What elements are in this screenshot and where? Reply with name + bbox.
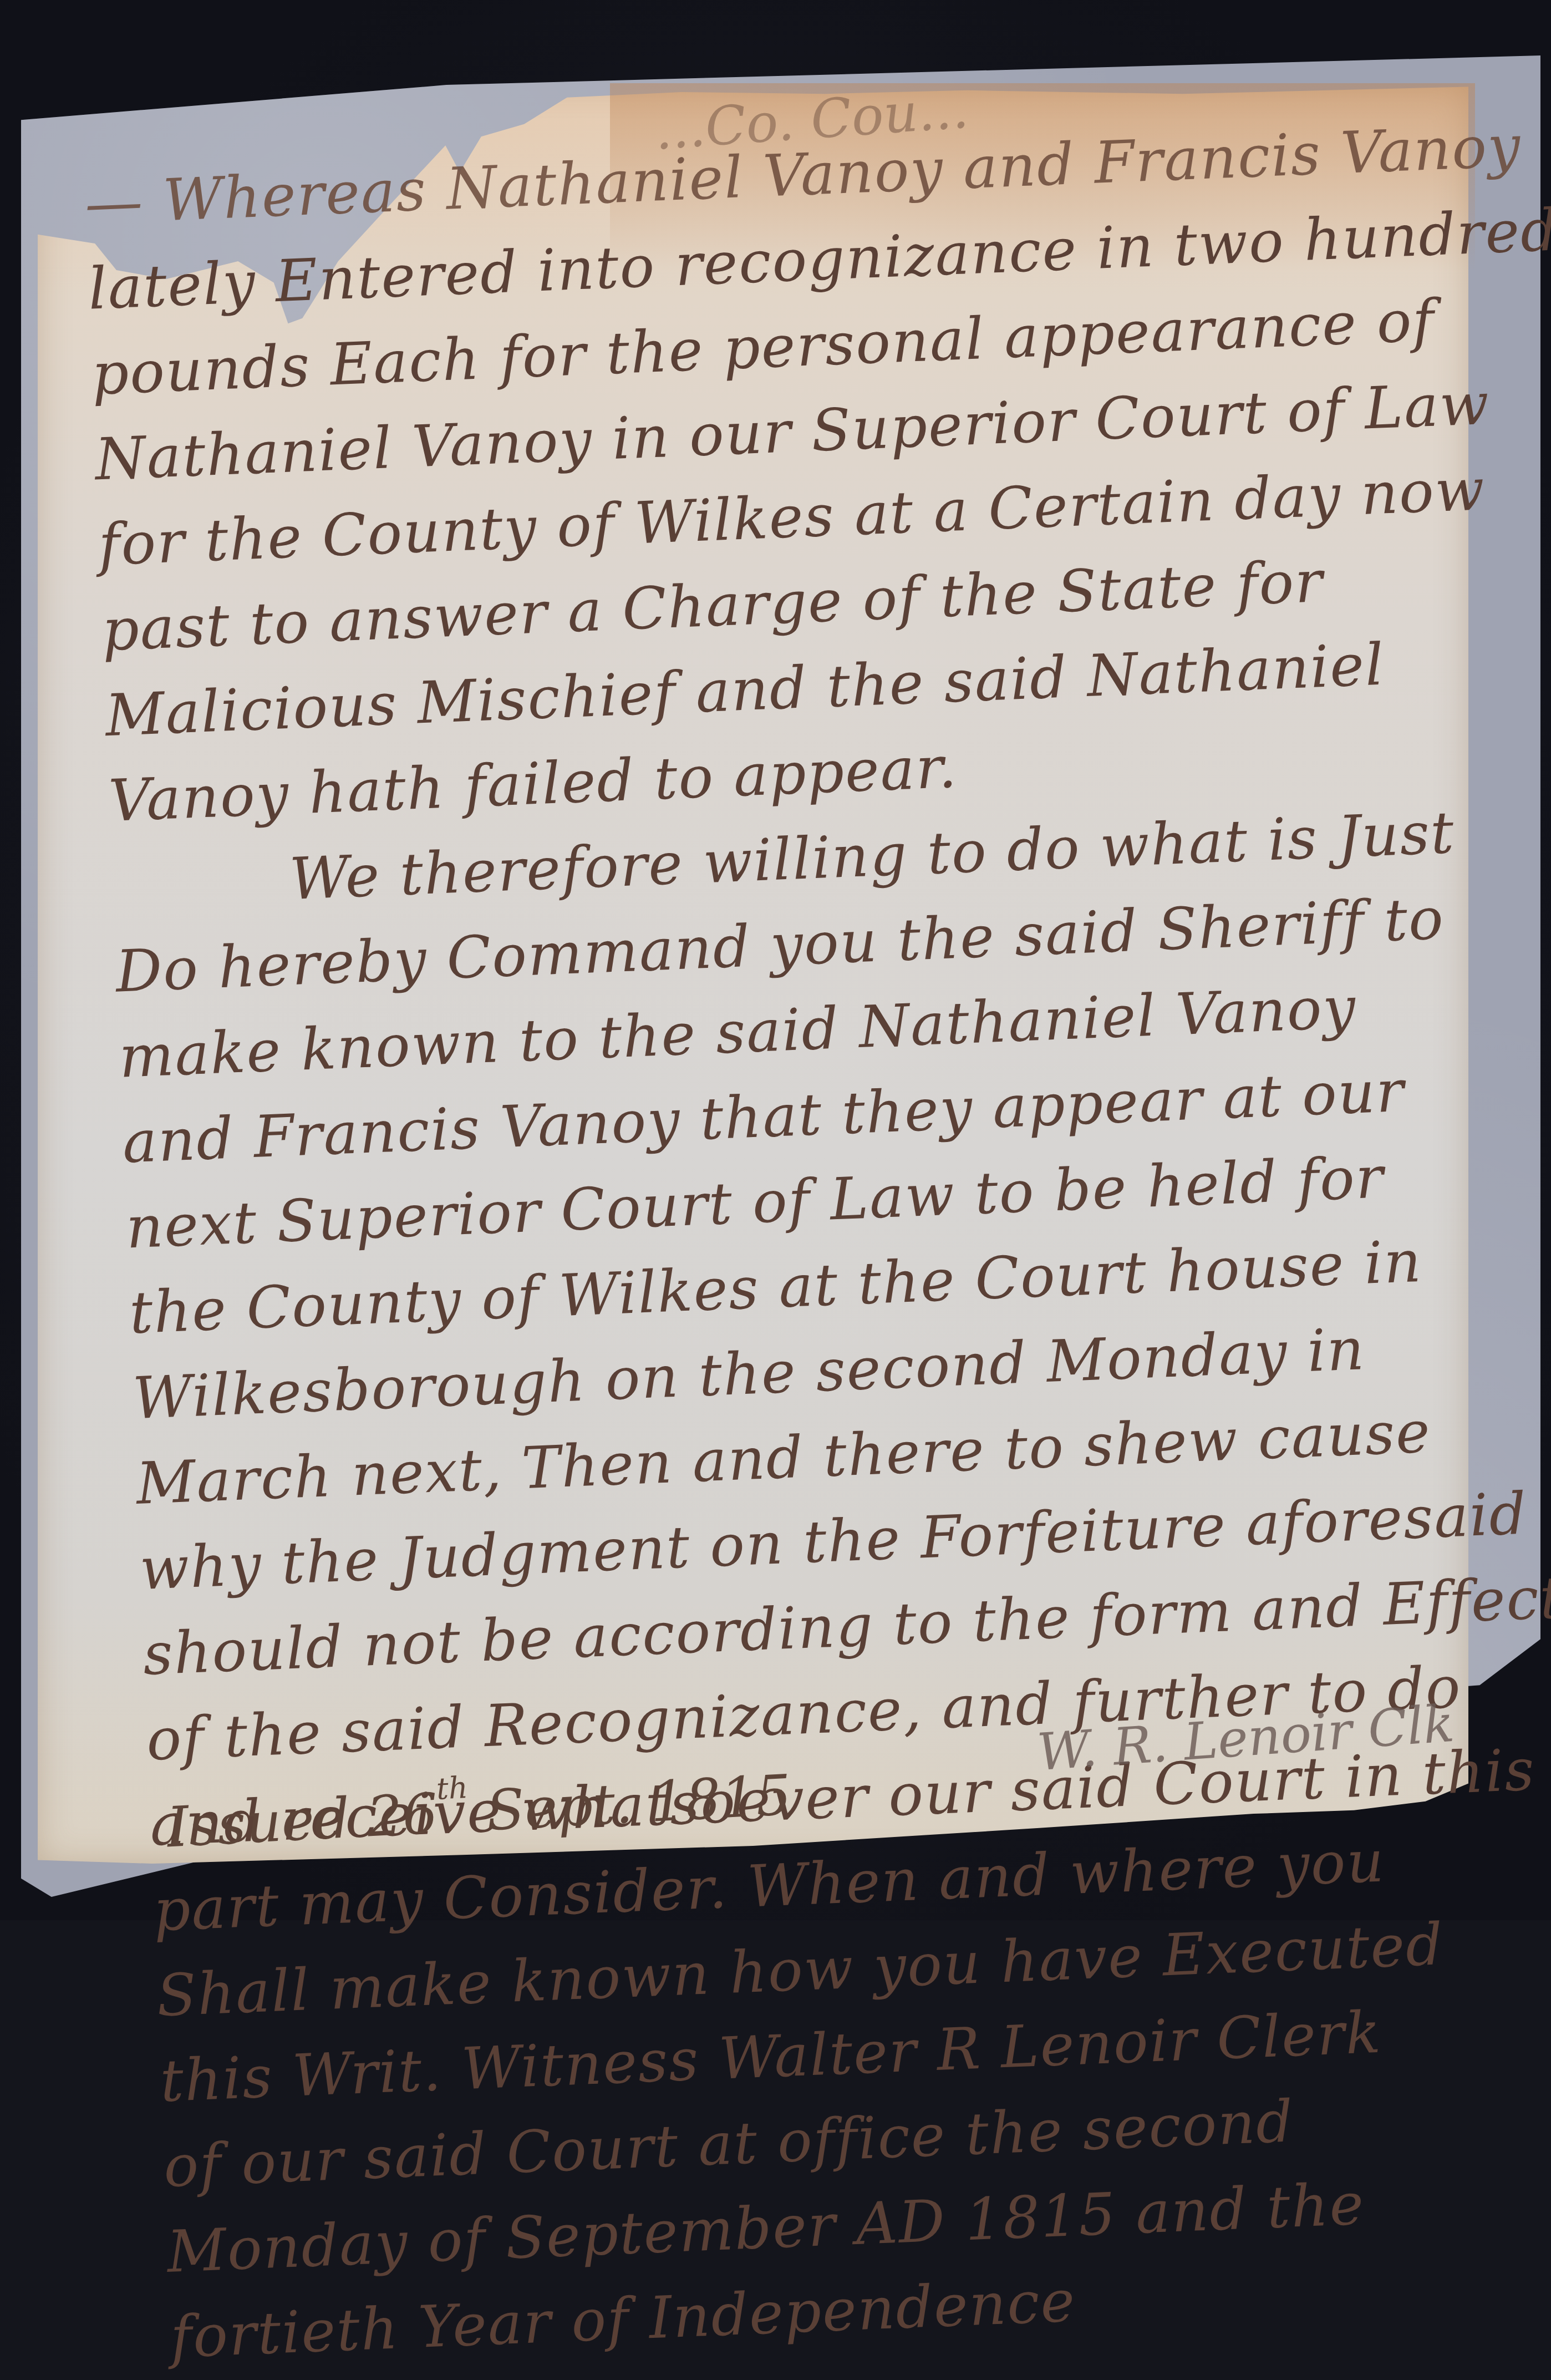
issued-ordinal: th (435, 1770, 469, 1806)
document-body: — Whereas Nathaniel Vanoy and Francis Va… (83, 106, 1541, 1920)
